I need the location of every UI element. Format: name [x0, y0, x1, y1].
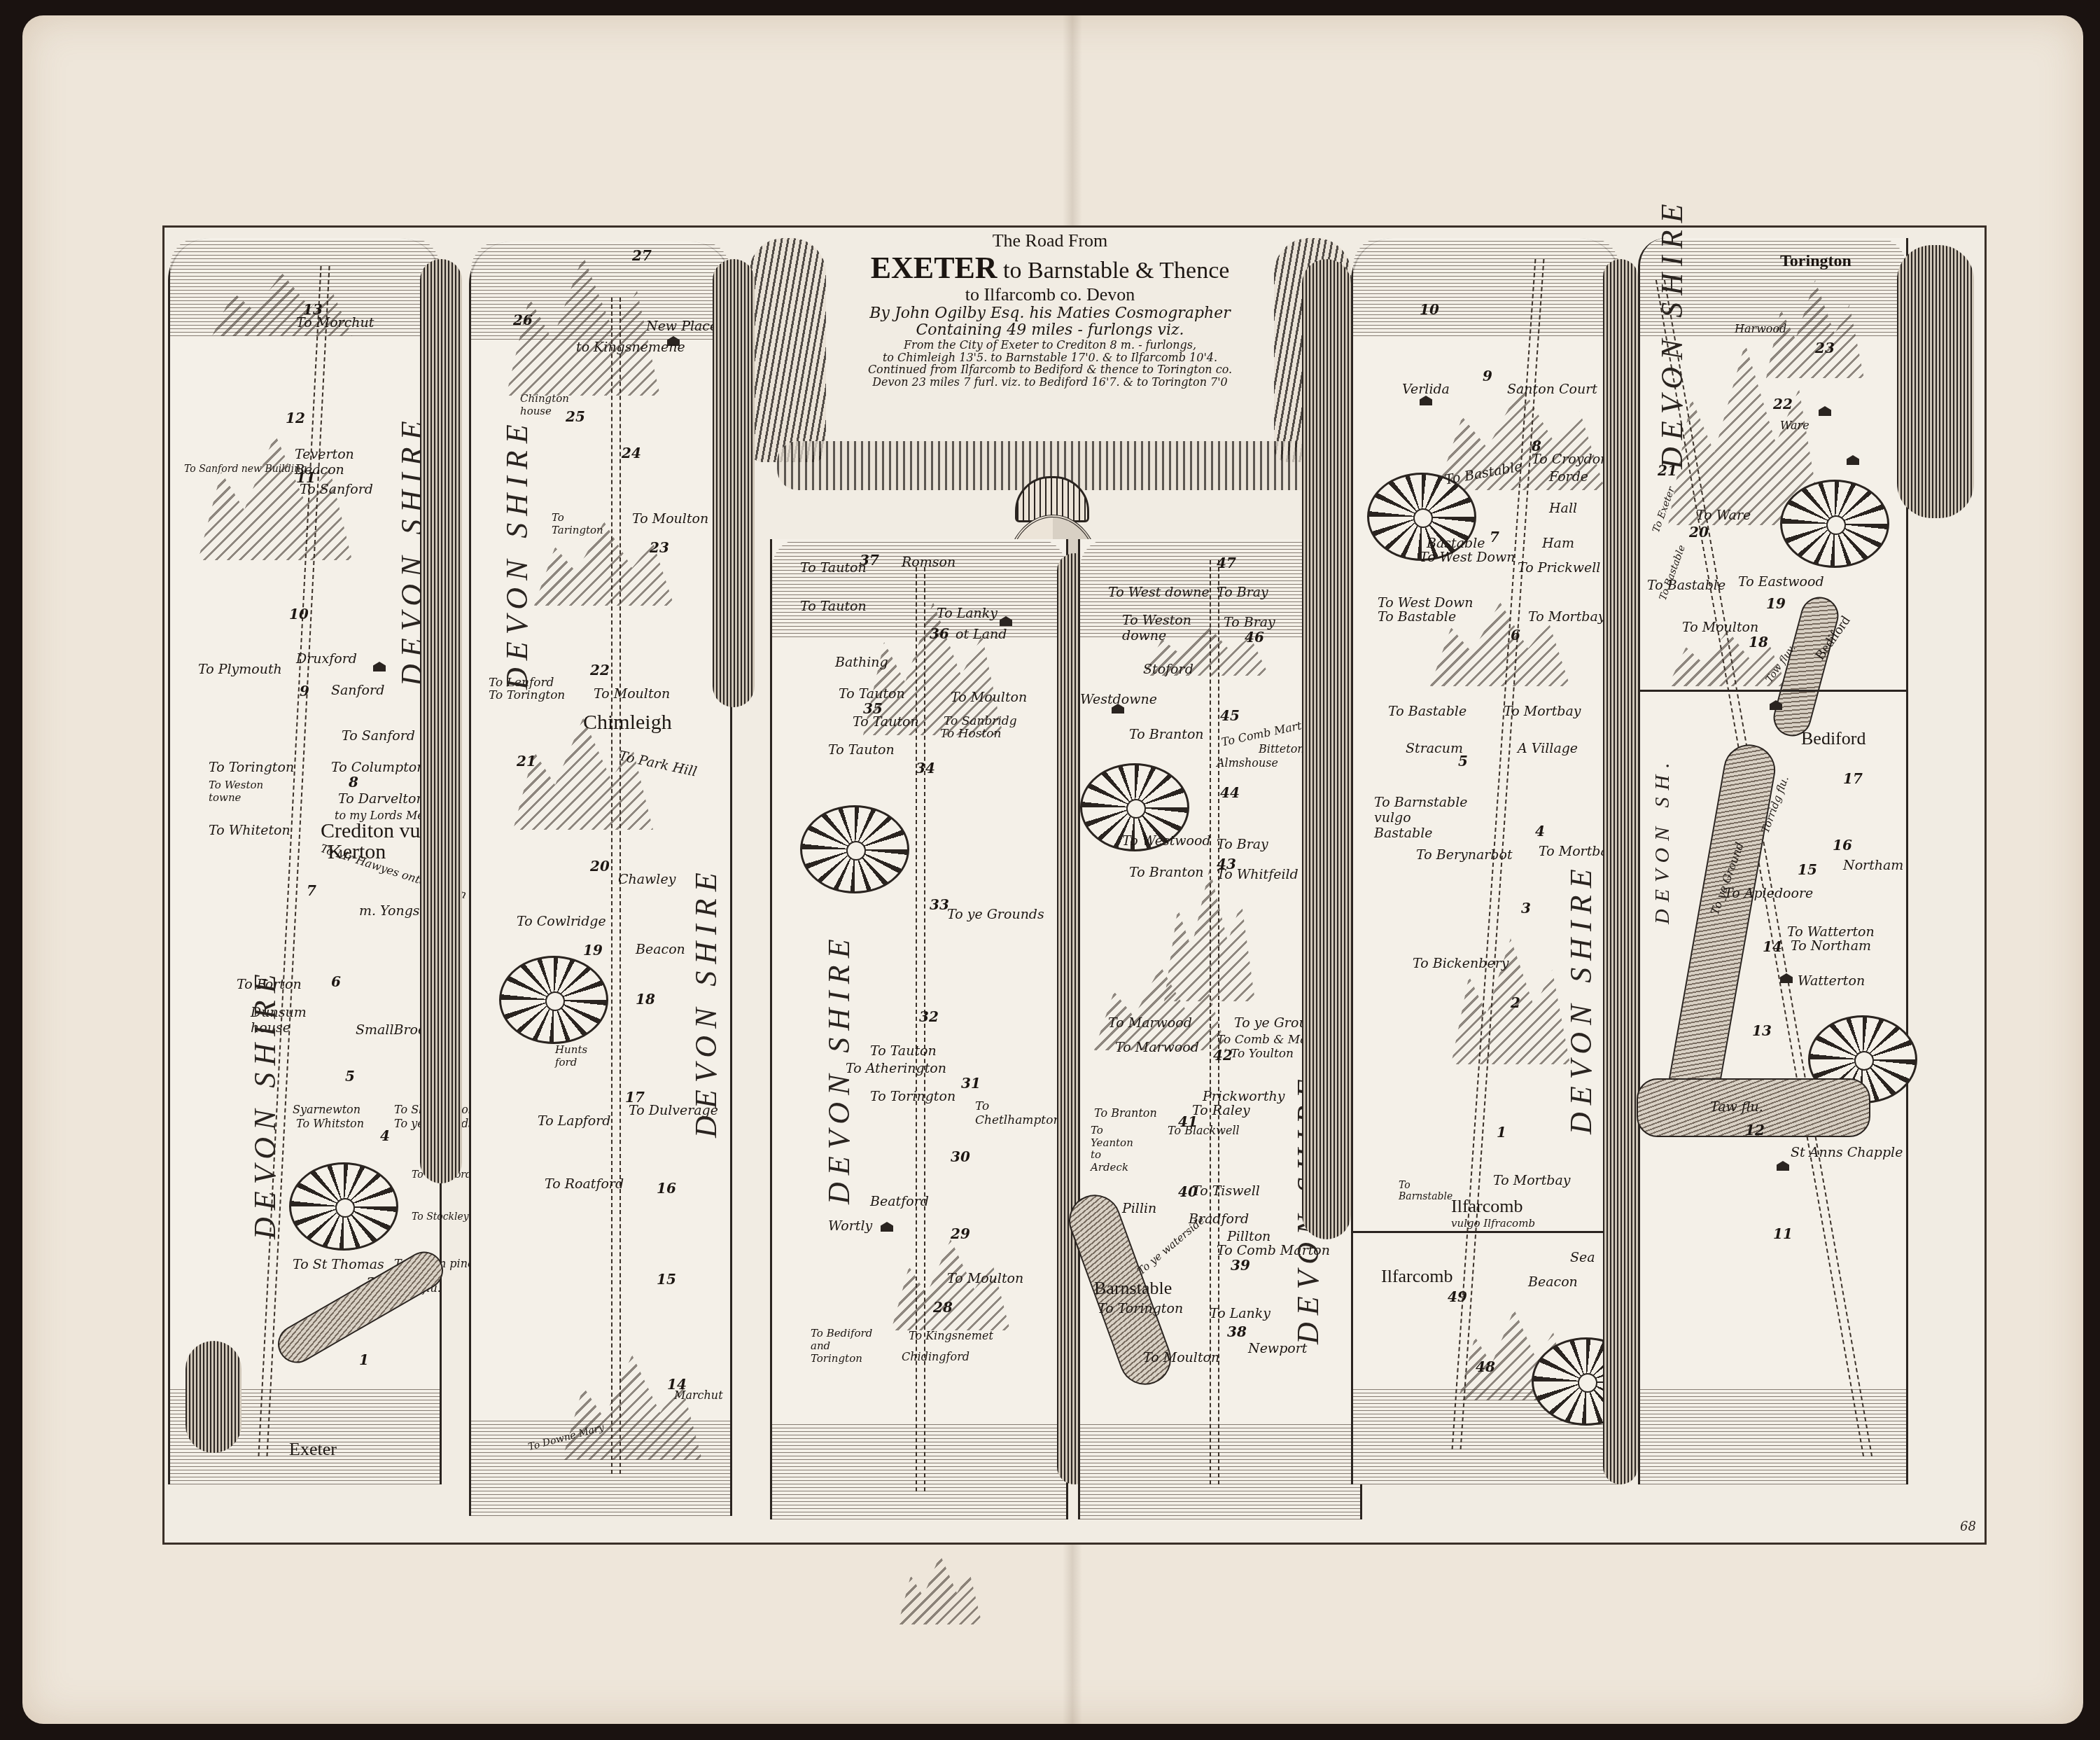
place-label: To Eastwood — [1738, 574, 1824, 590]
place-label: Chington house — [520, 392, 569, 417]
house-icon — [1420, 396, 1432, 405]
milestone: 19 — [1766, 595, 1786, 612]
place-label: To Bray — [1217, 837, 1268, 852]
house-icon — [373, 662, 386, 671]
place-label: To Lapford — [538, 1113, 611, 1129]
strip-hatch-bottom — [1080, 1421, 1360, 1519]
place-label: To Columpton — [331, 760, 425, 775]
milestone: 31 — [961, 1075, 981, 1092]
place-label: Forde — [1549, 469, 1588, 485]
place-label: To Tauton — [800, 560, 867, 576]
place-label: To Tauton — [870, 1043, 937, 1059]
place-label: To Marwood — [1108, 1015, 1192, 1031]
place-label: To St Thomas — [293, 1257, 384, 1272]
section-divider — [1353, 1231, 1619, 1233]
milestone: 22 — [590, 662, 610, 678]
place-label: To Torington — [489, 688, 565, 702]
county-label: DEVON SHIRE — [499, 417, 535, 690]
milestone: 12 — [286, 410, 305, 426]
place-label: To Tiswell — [1192, 1183, 1260, 1199]
place-label: To Bastable — [1378, 609, 1456, 625]
milestone: 34 — [916, 760, 935, 777]
place-label: To Watterton — [1787, 924, 1875, 940]
place-label: To Blackwell — [1168, 1124, 1240, 1137]
milestone: 24 — [622, 445, 641, 461]
place-label: Bathing — [835, 655, 888, 670]
place-label: To Raley — [1192, 1103, 1250, 1118]
place-label: To Bastable — [1647, 578, 1725, 593]
place-label: To Berynarbot — [1416, 847, 1513, 863]
place-label: To Roatford — [545, 1176, 624, 1192]
title-line-2-rest: to Barnstable & Thence — [1003, 258, 1229, 284]
place-label: To Bastable — [1388, 704, 1466, 719]
place-label: Marchut — [674, 1388, 723, 1402]
place-label: Teverton — [295, 447, 354, 462]
milestone: 7 — [1490, 529, 1499, 545]
place-label: Chawley — [618, 872, 675, 887]
place-label: To Youlton — [1231, 1047, 1294, 1061]
river-torridge — [1665, 741, 1779, 1111]
place-label: St Anns Chapple — [1791, 1145, 1903, 1160]
place-label: To Ware — [1696, 508, 1751, 523]
place-label: To Moulton — [951, 690, 1027, 705]
milestone: 21 — [517, 753, 536, 770]
place-label: Pillton — [1227, 1229, 1270, 1244]
place-label: Sea — [1570, 1250, 1595, 1265]
milestone: 1 — [1497, 1124, 1506, 1141]
place-label: Druxford — [296, 651, 357, 667]
place-label: To Torington — [209, 760, 294, 775]
milestone: 49 — [1448, 1288, 1467, 1305]
milestone: 37 — [860, 552, 879, 569]
place-label: To Torington — [1098, 1301, 1183, 1316]
place-label: Bitteton — [1259, 742, 1305, 756]
title-exeter: EXETER — [871, 251, 997, 285]
strip-curl — [1302, 259, 1351, 1239]
place-label: To Mortbay — [1528, 609, 1606, 625]
page-number: 68 — [1960, 1519, 1976, 1534]
place-label: To Sanford — [342, 728, 415, 744]
strip-curl — [713, 259, 755, 707]
milestone: 1 — [359, 1351, 369, 1368]
milestone: 4 — [1535, 823, 1545, 840]
place-label: Syarnewton — [293, 1103, 360, 1116]
section-divider — [1640, 690, 1906, 692]
milestone: 39 — [1231, 1257, 1250, 1274]
strip-curl — [420, 259, 462, 1183]
milestone: 26 — [513, 312, 533, 328]
milestone: 10 — [1420, 301, 1439, 318]
place-label: To Bray — [1224, 615, 1275, 630]
strip-5: 10 9 Verlida Santon Court 8 To Croydon T… — [1351, 238, 1621, 1484]
place-label: To Whitfeild — [1217, 867, 1298, 882]
place-label: to Kingsnemene — [576, 340, 685, 355]
milestone: 38 — [1227, 1323, 1247, 1340]
milestone: 8 — [349, 774, 358, 791]
place-label: Watterton — [1798, 973, 1865, 989]
town-name: Chimleigh — [583, 711, 672, 735]
milestone: 45 — [1220, 707, 1240, 724]
milestone: 5 — [1458, 753, 1468, 770]
place-label: vulgo Ilfracomb — [1451, 1217, 1535, 1230]
milestone: 6 — [331, 973, 341, 990]
detail-line-2: to Chimleigh 13'5. to Barnstable 17'0. &… — [833, 352, 1267, 364]
milestone: 22 — [1773, 396, 1793, 412]
place-label: Santon Court — [1507, 382, 1597, 397]
place-label: To Branton — [1094, 1106, 1157, 1120]
place-label: Pillin — [1122, 1201, 1156, 1216]
milestone: 11 — [1773, 1225, 1793, 1242]
place-label: To Tauton — [839, 686, 905, 702]
county-label: DEVON SHIRE — [1654, 197, 1690, 469]
milestone: 4 — [380, 1127, 390, 1144]
place-label: To West Down — [1378, 595, 1473, 611]
place-label: To Bickenbery — [1413, 956, 1509, 971]
place-label: To Lanky — [937, 606, 997, 621]
milestone: 9 — [300, 683, 309, 700]
milestone: 27 — [632, 247, 652, 264]
place-label: Verlida — [1402, 382, 1450, 397]
place-label: To Tarington — [552, 511, 601, 536]
place-label: Wortly — [828, 1218, 872, 1234]
place-label: To Bray — [1217, 585, 1268, 600]
place-label: Beacon — [636, 942, 685, 957]
place-label: To Moulton — [947, 1271, 1023, 1286]
milestone: 2 — [1511, 994, 1520, 1011]
town-name: Exeter — [289, 1439, 337, 1460]
milestone: 18 — [1749, 634, 1768, 650]
milestone: 18 — [636, 991, 655, 1008]
place-label: To Plymouth — [198, 662, 282, 677]
place-label: To Moulton — [1143, 1350, 1219, 1365]
milestone: 16 — [657, 1180, 676, 1197]
place-label: To Marwood — [1115, 1040, 1199, 1055]
place-label: To ye waterside — [1135, 1214, 1207, 1278]
author-line: By John Ogilby Esq. his Maties Cosmograp… — [833, 305, 1267, 322]
milestone: 44 — [1220, 784, 1240, 801]
place-label: To Prickwell — [1518, 560, 1600, 576]
place-label: To Sanford new Building — [184, 464, 307, 475]
milestone: 20 — [1689, 524, 1709, 541]
place-label: To Whitston — [296, 1117, 364, 1130]
place-label: Ham — [1542, 536, 1574, 551]
place-label: To Yeanton — [1091, 1124, 1133, 1149]
place-label: To ye Grounds — [947, 907, 1044, 922]
county-label: DEVON SHIRE — [1563, 862, 1599, 1134]
place-label: Prickworthy — [1203, 1089, 1285, 1104]
compass-rose-icon — [1780, 480, 1889, 568]
milestone: 25 — [566, 408, 585, 425]
milestone: 46 — [1245, 629, 1264, 646]
place-label: To Hoston — [940, 727, 1001, 741]
place-label: To Mortbay — [1504, 704, 1581, 719]
house-icon — [881, 1222, 893, 1232]
milestone: 11 — [296, 469, 316, 486]
town-name: Ilfarcomb — [1381, 1266, 1453, 1287]
place-label: Chidingford — [902, 1350, 969, 1363]
county-label: DEVON SHIRE — [247, 967, 283, 1239]
hills-icon — [1164, 868, 1255, 1001]
place-label: To Torington — [870, 1089, 955, 1104]
place-label: To Westwood — [1122, 833, 1211, 849]
hills-icon — [562, 1355, 702, 1460]
strip-curl — [185, 1341, 241, 1453]
place-label: To West Down — [1420, 550, 1515, 565]
town-name: Barnstable — [1094, 1278, 1172, 1299]
place-label: To Chetlhampton — [975, 1099, 1045, 1127]
town-name: Torington — [1780, 252, 1851, 271]
place-label: Stoford — [1143, 662, 1193, 677]
place-label: ot Land — [955, 627, 1007, 642]
place-label: To Morchut — [296, 315, 374, 330]
compass-rose-icon — [289, 1162, 398, 1251]
place-label: To Moulton — [632, 511, 708, 527]
milestone: 23 — [1815, 340, 1835, 356]
strip-6: Torington Harwood 23 22 Ware 21 To Exete… — [1638, 238, 1908, 1484]
milestone: 36 — [930, 625, 949, 642]
compass-rose-icon — [499, 956, 608, 1044]
milestone: 42 — [1213, 1047, 1233, 1064]
milestone: 12 — [1745, 1122, 1765, 1139]
milestone: 28 — [933, 1299, 953, 1316]
place-label: Beatford — [870, 1194, 929, 1209]
milestone: 48 — [1476, 1358, 1495, 1375]
milestone: 15 — [1798, 861, 1817, 878]
cartouche-text: The Road From EXETER to Barnstable & The… — [833, 231, 1267, 462]
title-line-1: The Road From — [833, 231, 1267, 251]
place-label: Romson — [902, 555, 955, 570]
place-label: Northam — [1843, 858, 1903, 873]
compass-rose-icon — [800, 805, 909, 893]
place-label: To Northam — [1791, 938, 1871, 954]
milestone: 3 — [1521, 900, 1531, 917]
milestone: 9 — [1483, 368, 1492, 384]
county-label: DEVON SHIRE — [821, 932, 857, 1204]
place-label: To Barnstable — [1399, 1180, 1441, 1202]
place-label: Beacon — [1528, 1274, 1578, 1290]
title-line-2: EXETER to Barnstable & Thence — [833, 251, 1267, 285]
place-label: A Village — [1518, 741, 1578, 756]
place-label: Sanford — [331, 683, 384, 698]
cartouche-scroll-left — [749, 238, 826, 462]
place-label: To Cowlridge — [517, 914, 606, 929]
place-label: Ware — [1780, 419, 1809, 432]
place-label: Almshouse — [1217, 756, 1278, 770]
place-label: To Croydon — [1532, 452, 1609, 467]
town-name: Ilfarcomb — [1451, 1196, 1523, 1217]
place-label: m. Yongs — [359, 903, 420, 919]
county-label: DEVON SHIRE — [688, 865, 724, 1138]
place-label: New Place — [646, 319, 717, 334]
county-label: DEVON SH. — [1651, 756, 1674, 924]
place-label: To Kingsnemet — [909, 1329, 993, 1342]
milestone: 6 — [1511, 627, 1520, 643]
place-label: To Tauton — [828, 742, 895, 758]
place-label: To Moulton — [1682, 620, 1758, 635]
place-label: Bastable — [1427, 536, 1485, 551]
title-line-3: to Ilfarcomb co. Devon — [833, 285, 1267, 305]
place-label: To Bastable — [1658, 543, 1688, 601]
milestone: 19 — [583, 942, 603, 959]
place-label: Hall — [1549, 501, 1577, 516]
chapel-icon — [1777, 1161, 1789, 1171]
strip-curl — [1897, 245, 1974, 518]
milestone: 7 — [307, 882, 316, 899]
milestone: 13 — [1752, 1022, 1772, 1039]
place-label: To Lanky — [1210, 1306, 1270, 1321]
milestone: 10 — [289, 606, 309, 622]
milestone: 30 — [951, 1148, 970, 1165]
place-label: To Atherington — [846, 1061, 946, 1076]
place-label: To Weston downe — [1122, 613, 1192, 643]
place-label: To Barnstable vulgo Bastable — [1374, 795, 1472, 841]
place-label: To Moulton — [594, 686, 670, 702]
milestone: 16 — [1833, 837, 1852, 854]
strip-1: 13 To Morchut 12 Teverton Beacon To Sanf… — [168, 238, 442, 1484]
milestone: 32 — [919, 1008, 939, 1025]
milestone: 33 — [930, 896, 949, 913]
strip-curl — [1603, 259, 1638, 1484]
place-label: To West downe — [1108, 585, 1210, 600]
distance-line: Containing 49 miles - furlongs viz. — [833, 322, 1267, 339]
strip-3: To Tauton 37 Romson To Tauton To Lanky 3… — [770, 539, 1068, 1519]
town-name: Bediford — [1801, 728, 1865, 749]
place-label: Stracum — [1406, 741, 1463, 756]
place-label: To Darvelton — [338, 791, 425, 807]
place-label: To Branton — [1129, 865, 1204, 880]
house-icon — [1847, 455, 1859, 465]
house-icon — [1819, 406, 1831, 416]
place-label: To Tauton — [800, 599, 867, 614]
milestone: 14 — [1763, 938, 1782, 955]
place-label: To Stockley — [412, 1211, 469, 1223]
place-label: To Tauton — [853, 714, 919, 730]
place-label: To Weston towne — [209, 779, 272, 804]
milestone: 17 — [1843, 770, 1863, 787]
strip-2: 27 26 New Place to Kingsnemene Chington … — [469, 242, 732, 1516]
place-label: To Sanbridg — [944, 714, 1017, 728]
detail-line-1: From the City of Exeter to Crediton 8 m.… — [833, 339, 1267, 352]
place-label: To Whiteton — [209, 823, 290, 838]
river-label: Taw flu. — [1710, 1099, 1763, 1115]
milestone: 5 — [345, 1068, 355, 1085]
milestone: 20 — [590, 858, 610, 875]
place-label: To Branton — [1129, 727, 1204, 742]
place-label: Harwood — [1735, 322, 1786, 335]
place-label: Hunts ford — [555, 1043, 597, 1069]
milestone: 23 — [650, 539, 669, 556]
place-label: To Mortbay — [1493, 1173, 1571, 1188]
strip-hatch-top — [1353, 238, 1619, 336]
detail-line-3: Continued from Ilfarcomb to Bediford & t… — [833, 363, 1267, 376]
milestone: 15 — [657, 1271, 676, 1288]
place-label: to Ardeck — [1091, 1148, 1133, 1174]
place-label: To Apledoore — [1724, 886, 1813, 901]
road — [258, 266, 330, 1456]
detail-line-4: Devon 23 miles 7 furl. viz. to Bediford … — [833, 376, 1267, 389]
milestone: 29 — [951, 1225, 970, 1242]
hills-icon — [513, 718, 653, 830]
milestone: 47 — [1217, 555, 1236, 571]
place-label: To Bediford and Torington — [811, 1327, 881, 1365]
